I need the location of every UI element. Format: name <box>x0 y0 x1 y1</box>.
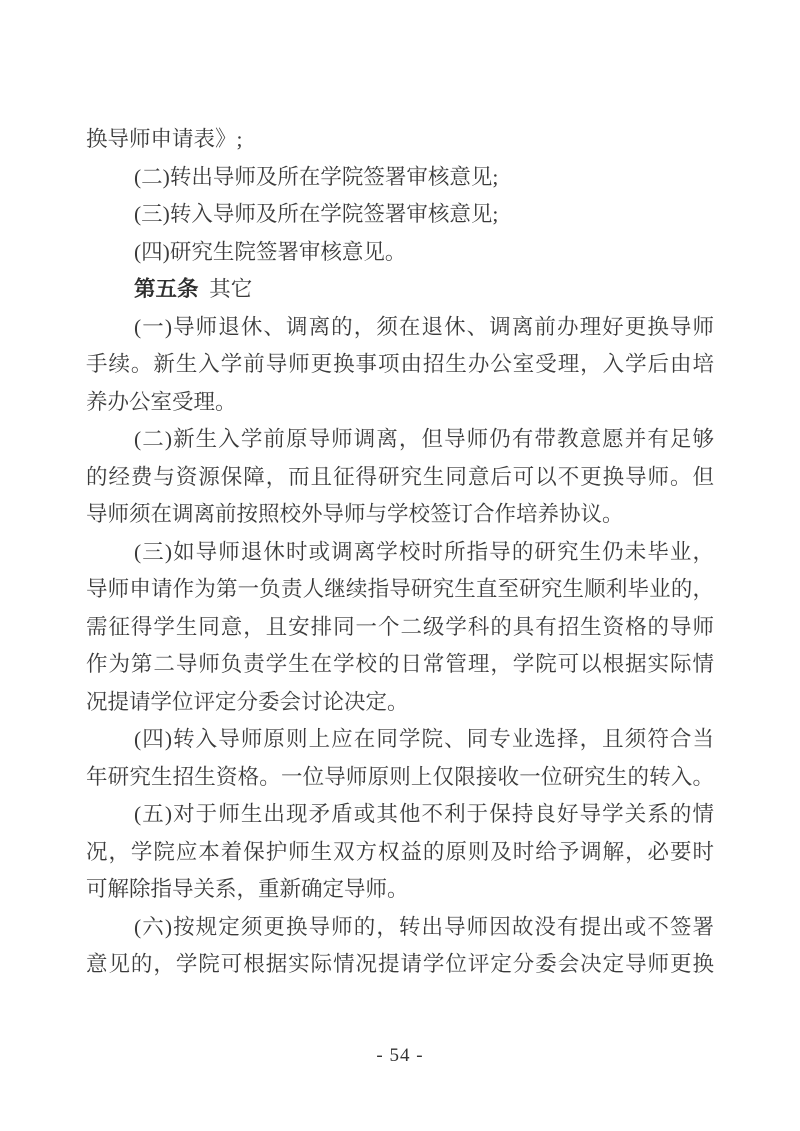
line-text: 手续。新生入学前导师更换事项由招生办公室受理，入学后由培 <box>86 352 714 376</box>
line-text: 养办公室受理。 <box>86 390 237 414</box>
text-line: (四)研究生院签署审核意见。 <box>86 234 714 272</box>
page-number: - 54 - <box>376 1045 423 1066</box>
line-text: (二)新生入学前原导师调离，但导师仍有带教意愿并有足够 <box>134 427 714 451</box>
line-text: 况提请学位评定分委会讨论决定。 <box>86 690 409 714</box>
line-text: 可解除指导关系，重新确定导师。 <box>86 877 409 901</box>
line-text: (三)如导师退休时或调离学校时所指导的研究生仍未毕业， <box>134 540 714 564</box>
line-text: 需征得学生同意，且安排同一个二级学科的具有招生资格的导师 <box>86 615 714 639</box>
text-line: 换导师申请表》; <box>86 121 714 159</box>
line-text: (六)按规定须更换导师的，转出导师因故没有提出或不签署 <box>134 915 714 939</box>
line-text: (一)导师退休、调离的，须在退休、调离前办理好更换导师 <box>134 315 714 339</box>
line-text: (四)研究生院签署审核意见。 <box>134 240 406 264</box>
text-line: (三)转入导师及所在学院签署审核意见; <box>86 196 714 234</box>
text-line: 导师须在调离前按照校外导师与学校签订合作培养协议。 <box>86 496 714 534</box>
text-line: (二)转出导师及所在学院签署审核意见; <box>86 159 714 197</box>
text-line: (三)如导师退休时或调离学校时所指导的研究生仍未毕业， <box>86 534 714 572</box>
text-line: 需征得学生同意，且安排同一个二级学科的具有招生资格的导师 <box>86 609 714 647</box>
section-heading: 第五条其它 <box>86 271 714 309</box>
text-line: 作为第二导师负责学生在学校的日常管理，学院可以根据实际情 <box>86 646 714 684</box>
heading-number: 第五条 <box>134 277 199 301</box>
text-line: 导师申请作为第一负责人继续指导研究生直至研究生顺利毕业的， <box>86 571 714 609</box>
line-text: 的经费与资源保障，而且征得研究生同意后可以不更换导师。但 <box>86 465 714 489</box>
text-line: (一)导师退休、调离的，须在退休、调离前办理好更换导师 <box>86 309 714 347</box>
line-text: (四)转入导师原则上应在同学院、同专业选择，且须符合当 <box>134 727 714 751</box>
text-line: 的经费与资源保障，而且征得研究生同意后可以不更换导师。但 <box>86 459 714 497</box>
line-text: 况，学院应本着保护师生双方权益的原则及时给予调解，必要时 <box>86 840 714 864</box>
text-line: 况，学院应本着保护师生双方权益的原则及时给予调解，必要时 <box>86 834 714 872</box>
line-text: (二)转出导师及所在学院签署审核意见; <box>134 165 498 189</box>
text-line: 养办公室受理。 <box>86 384 714 422</box>
page-footer: - 54 - <box>0 1045 800 1067</box>
document-body: 换导师申请表》;(二)转出导师及所在学院签署审核意见;(三)转入导师及所在学院签… <box>86 121 714 984</box>
text-line: (五)对于师生出现矛盾或其他不利于保持良好导学关系的情 <box>86 796 714 834</box>
text-line: 意见的，学院可根据实际情况提请学位评定分委会决定导师更换 <box>86 946 714 984</box>
line-text: (三)转入导师及所在学院签署审核意见; <box>134 202 498 226</box>
line-text: 导师须在调离前按照校外导师与学校签订合作培养协议。 <box>86 502 624 526</box>
text-line: (六)按规定须更换导师的，转出导师因故没有提出或不签署 <box>86 909 714 947</box>
text-line: 可解除指导关系，重新确定导师。 <box>86 871 714 909</box>
line-text: (五)对于师生出现矛盾或其他不利于保持良好导学关系的情 <box>134 802 714 826</box>
line-text: 其它 <box>209 277 252 301</box>
line-text: 换导师申请表》; <box>86 127 242 151</box>
text-line: (四)转入导师原则上应在同学院、同专业选择，且须符合当 <box>86 721 714 759</box>
text-line: 年研究生招生资格。一位导师原则上仅限接收一位研究生的转入。 <box>86 759 714 797</box>
line-text: 年研究生招生资格。一位导师原则上仅限接收一位研究生的转入。 <box>86 765 714 789</box>
line-text: 作为第二导师负责学生在学校的日常管理，学院可以根据实际情 <box>86 652 714 676</box>
line-text: 导师申请作为第一负责人继续指导研究生直至研究生顺利毕业的， <box>86 577 714 601</box>
line-text: 意见的，学院可根据实际情况提请学位评定分委会决定导师更换 <box>86 952 714 976</box>
document-page: 换导师申请表》;(二)转出导师及所在学院签署审核意见;(三)转入导师及所在学院签… <box>0 0 800 1131</box>
text-line: (二)新生入学前原导师调离，但导师仍有带教意愿并有足够 <box>86 421 714 459</box>
text-line: 况提请学位评定分委会讨论决定。 <box>86 684 714 722</box>
text-line: 手续。新生入学前导师更换事项由招生办公室受理，入学后由培 <box>86 346 714 384</box>
